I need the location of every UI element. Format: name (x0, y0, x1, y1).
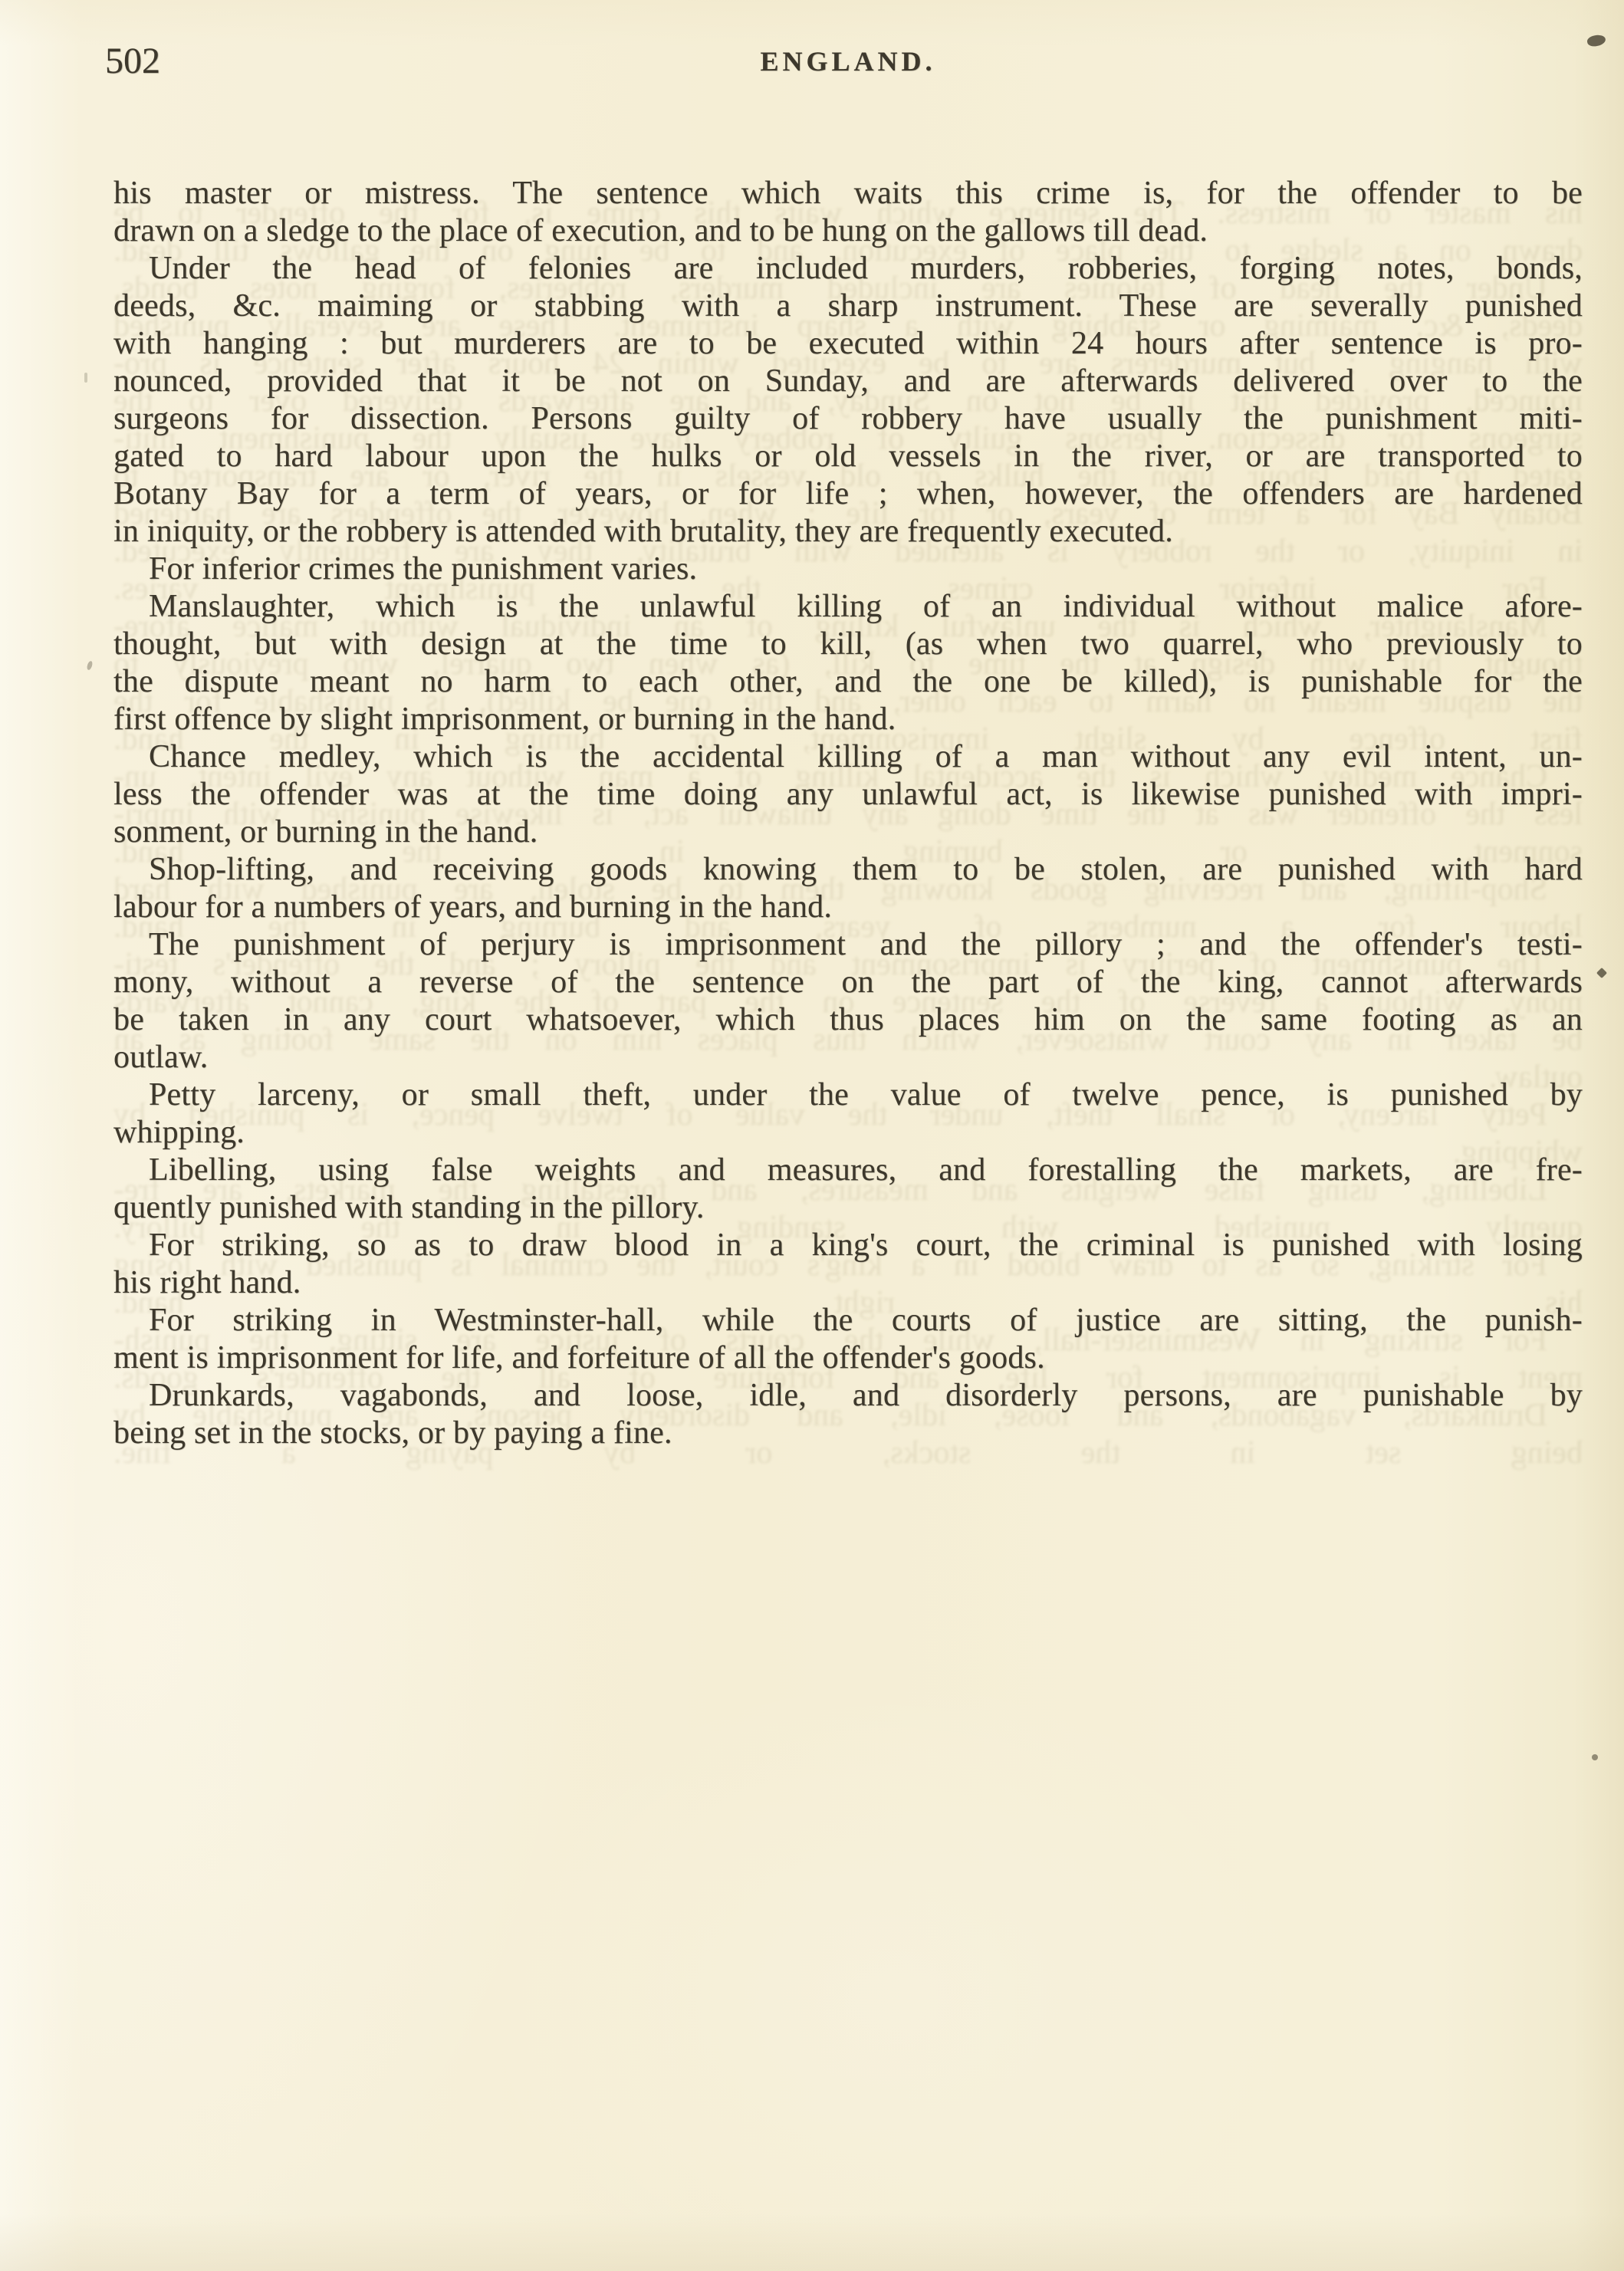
text-line: mony, without a reverse of the sentence … (113, 964, 1583, 1001)
text-line: thought, but with design at the time to … (113, 626, 1583, 663)
ink-blemish (1596, 968, 1607, 978)
body-text: his master or mistress. The sentence whi… (113, 175, 1583, 1452)
text-line: The punishment of perjury is imprisonmen… (113, 926, 1583, 964)
text-line: deeds, &c. maiming or stabbing with a sh… (113, 288, 1583, 325)
running-header: ENGLAND. (113, 48, 1583, 75)
ink-blemish (1586, 34, 1606, 48)
text-line: Manslaughter, which is the unlawful kill… (113, 588, 1583, 626)
text-line: ment is imprisonment for life, and forfe… (113, 1339, 1583, 1377)
text-line: labour for a numbers of years, and burni… (113, 889, 1583, 926)
text-line: outlaw. (113, 1039, 1583, 1076)
text-line: Botany Bay for a term of years, or for l… (113, 475, 1583, 513)
text-line: drawn on a sledge to the place of execut… (113, 212, 1583, 250)
text-line: being set in the stocks, or by paying a … (113, 1415, 1583, 1452)
ink-blemish (86, 660, 93, 670)
text-line: in iniquity, or the robbery is attended … (113, 513, 1583, 550)
text-line: whipping. (113, 1114, 1583, 1152)
text-line: with hanging : but murderers are to be e… (113, 325, 1583, 363)
text-line: be taken in any court whatsoever, which … (113, 1001, 1583, 1039)
text-line: the dispute meant no harm to each other,… (113, 663, 1583, 701)
text-line: quently punished with standing in the pi… (113, 1189, 1583, 1227)
text-line: For striking in Westminster-hall, while … (113, 1302, 1583, 1339)
text-line: nounced, provided that it be not on Sund… (113, 363, 1583, 400)
text-line: For inferior crimes the punishment varie… (113, 550, 1583, 588)
text-line: Shop-lifting, and receiving goods knowin… (113, 851, 1583, 889)
text-line: Chance medley, which is the accidental k… (113, 738, 1583, 776)
text-line: his right hand. (113, 1264, 1583, 1302)
text-line: gated to hard labour upon the hulks or o… (113, 438, 1583, 475)
ink-blemish (84, 373, 87, 383)
text-line: Petty larceny, or small theft, under the… (113, 1076, 1583, 1114)
text-line: his master or mistress. The sentence whi… (113, 175, 1583, 212)
ink-blemish (1592, 1754, 1598, 1760)
scanned-book-page: 502 ENGLAND. his master or mistress. The… (0, 0, 1624, 2271)
text-line: Drunkards, vagabonds, and loose, idle, a… (113, 1377, 1583, 1415)
text-line: first offence by slight imprisonment, or… (113, 701, 1583, 738)
text-line: sonment, or burning in the hand. (113, 813, 1583, 851)
text-line: surgeons for dissection. Persons guilty … (113, 400, 1583, 438)
text-line: Under the head of felonies are included … (113, 250, 1583, 288)
text-line: less the offender was at the time doing … (113, 776, 1583, 813)
text-line: For striking, so as to draw blood in a k… (113, 1227, 1583, 1264)
text-line: Libelling, using false weights and measu… (113, 1152, 1583, 1189)
